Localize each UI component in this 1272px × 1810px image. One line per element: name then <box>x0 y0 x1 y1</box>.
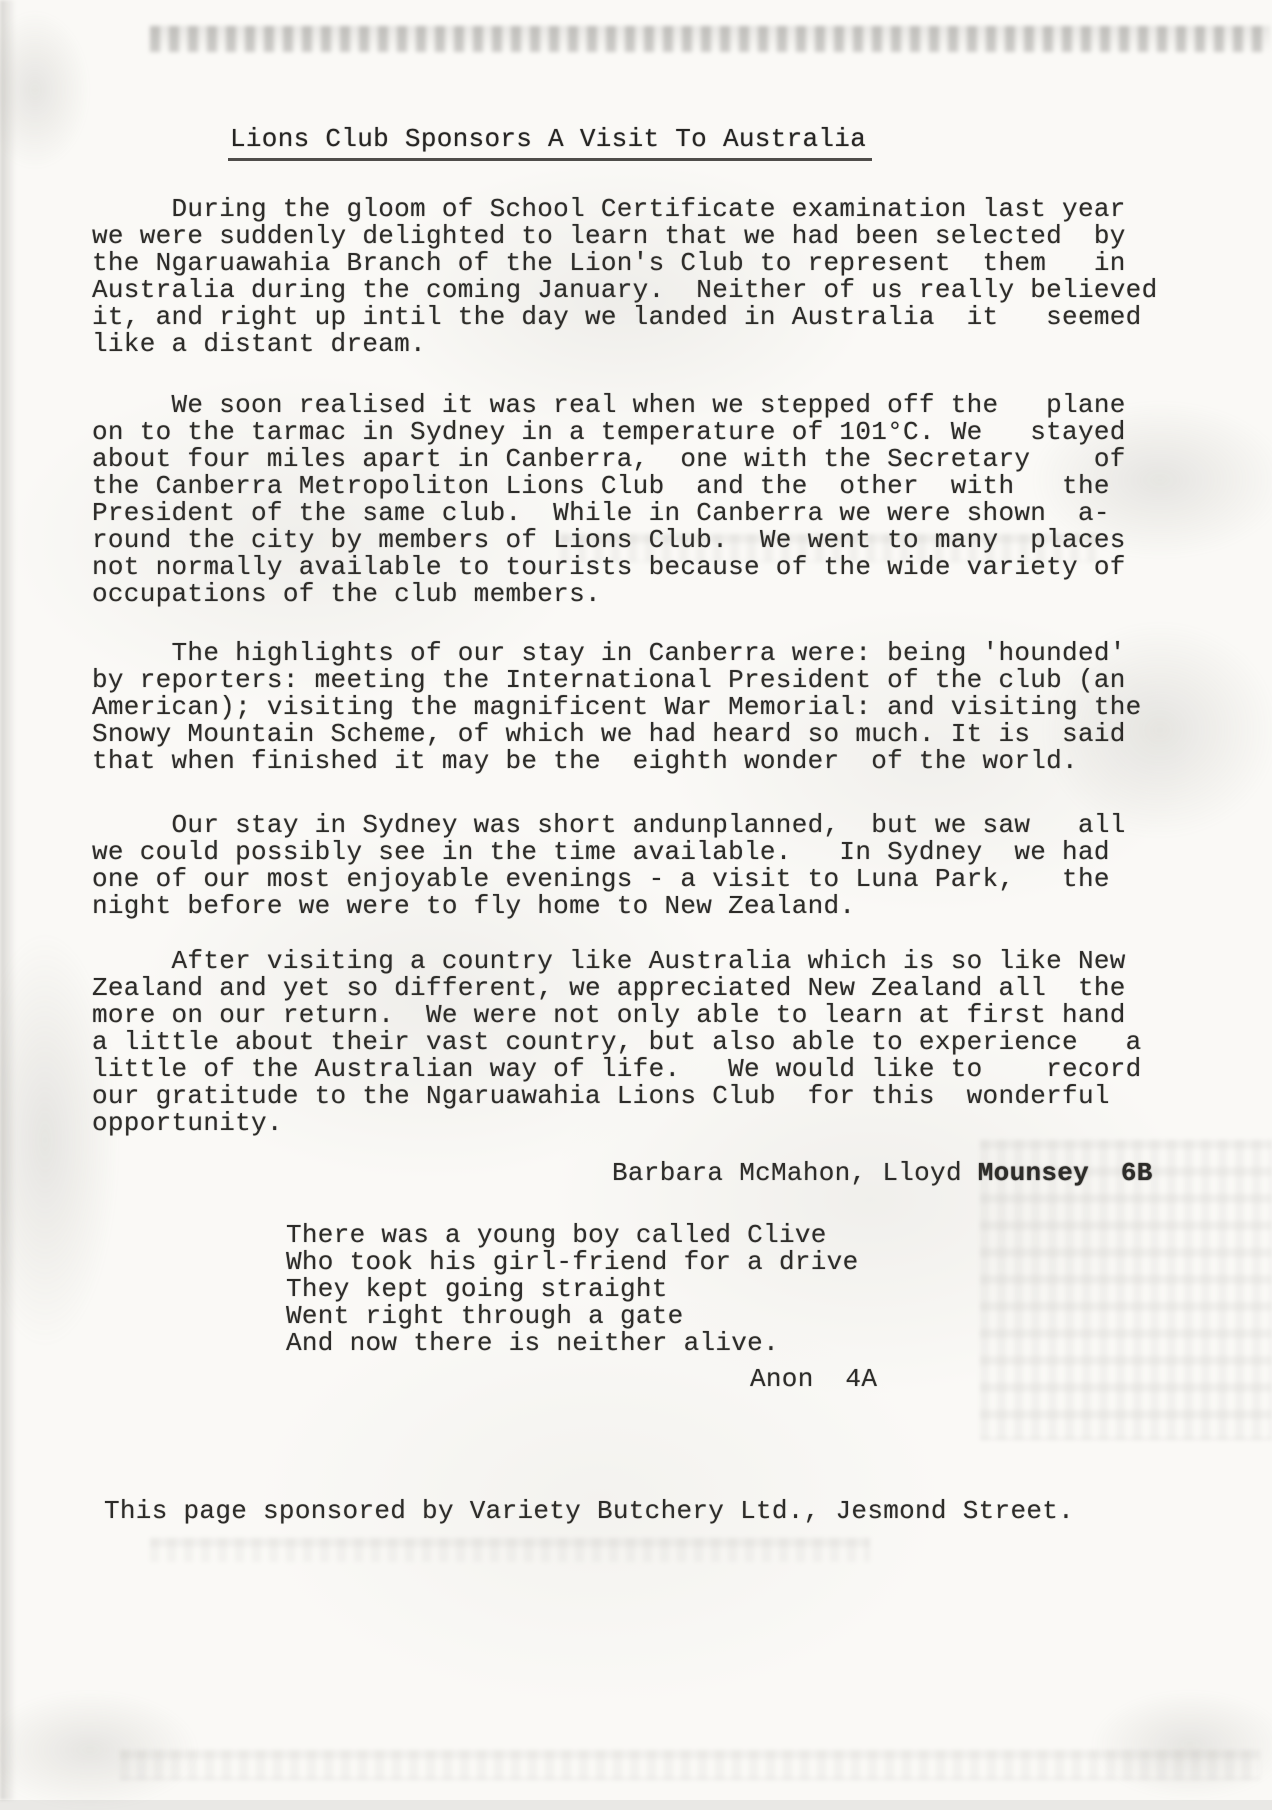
scan-artifact-left-edge <box>0 0 16 1800</box>
article-paragraph-3: The highlights of our stay in Canberra w… <box>92 640 1142 775</box>
signature-line: Barbara McMahon, Lloyd Mounsey 6B <box>612 1160 1153 1187</box>
article-paragraph-1: During the gloom of School Certificate e… <box>92 196 1157 358</box>
signature-emphasis: Mounsey 6B <box>978 1158 1153 1188</box>
scan-artifact-under-sponsor <box>150 1538 870 1562</box>
scan-artifact-bottom-row <box>120 1750 1260 1780</box>
page-title: Lions Club Sponsors A Visit To Australia <box>228 124 872 161</box>
article-paragraph-5: After visiting a country like Australia … <box>92 948 1142 1137</box>
article-paragraph-2: We soon realised it was real when we ste… <box>92 392 1126 608</box>
scan-artifact-bottom-right <box>1090 1690 1272 1800</box>
scan-artifact-bottom-left <box>0 1690 200 1800</box>
scan-artifact-top-left <box>0 10 90 170</box>
scan-artifact-top-streak <box>150 26 1270 52</box>
scanned-page: Lions Club Sponsors A Visit To Australia… <box>0 0 1272 1800</box>
article-title-row: Lions Club Sponsors A Visit To Australia <box>228 124 872 161</box>
poem: There was a young boy called Clive Who t… <box>286 1222 859 1357</box>
poem-attribution: Anon 4A <box>750 1366 877 1393</box>
signature-names: Barbara McMahon, Lloyd <box>612 1158 978 1188</box>
sponsor-line: This page sponsored by Variety Butchery … <box>104 1498 1074 1525</box>
article-paragraph-4: Our stay in Sydney was short andunplanne… <box>92 812 1126 920</box>
